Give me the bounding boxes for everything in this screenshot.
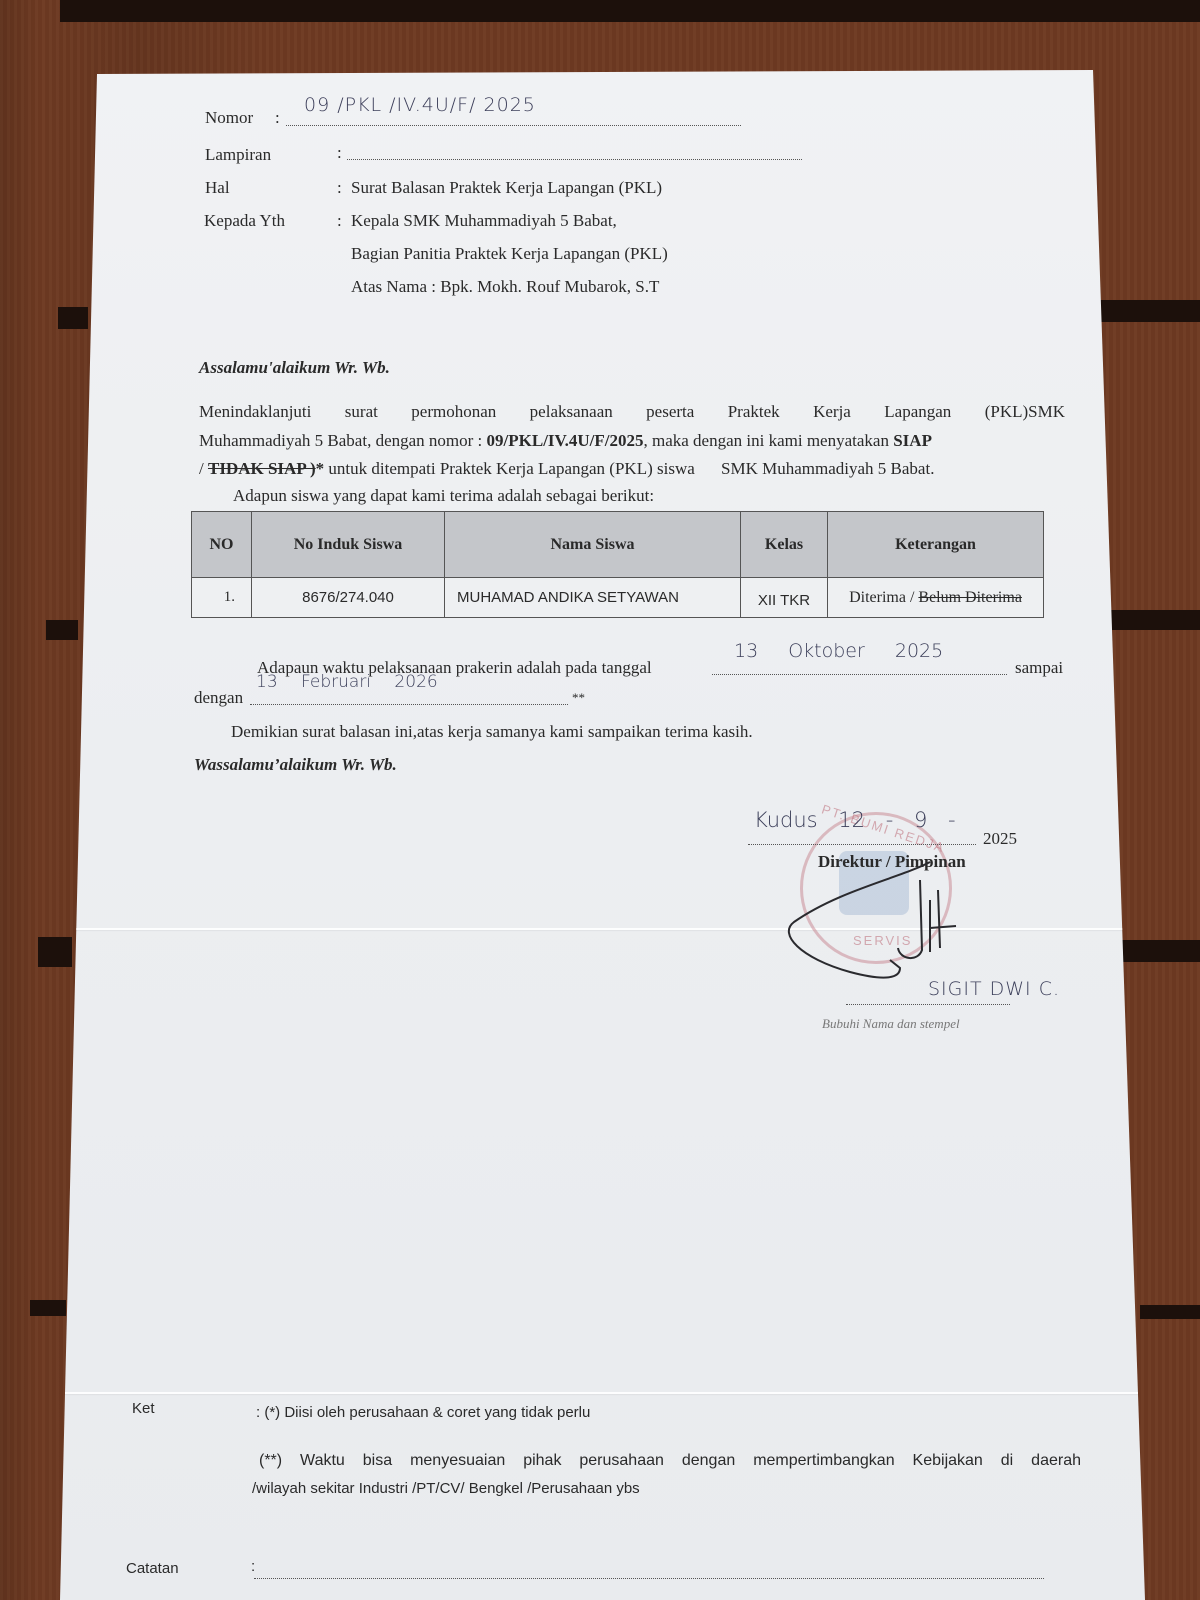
body-line-3-school: SMK Muhammadiyah 5 Babat. bbox=[721, 459, 934, 478]
place-date-field: Kudus 12 - 9 - bbox=[748, 820, 976, 845]
nomor-colon: : bbox=[275, 108, 280, 128]
student-table: NO No Induk Siswa Nama Siswa Kelas Keter… bbox=[191, 511, 1044, 618]
closing-text: Demikian surat balasan ini,atas kerja sa… bbox=[231, 722, 753, 742]
schedule-line-2-suffix: ** bbox=[572, 690, 585, 706]
cell-nama: MUHAMAD ANDIKA SETYAWAN bbox=[445, 578, 741, 618]
handwritten-signature bbox=[780, 850, 980, 990]
body-line-2-text-b: , maka dengan ini kami menyatakan bbox=[643, 431, 888, 450]
ket-note-1: : (*) Diisi oleh perusahaan & coret yang… bbox=[256, 1404, 590, 1421]
nomor-handwritten: 09 /PKL /IV.4U/F/ 2025 bbox=[304, 94, 536, 116]
hal-value: Surat Balasan Praktek Kerja Lapangan (PK… bbox=[351, 178, 662, 198]
asterisk: * bbox=[316, 459, 325, 478]
wood-plank-gap bbox=[58, 307, 88, 329]
schedule-line-2-prefix: dengan bbox=[194, 688, 243, 708]
start-date-handwritten: 13 Oktober 2025 bbox=[734, 640, 943, 662]
paper-fold bbox=[60, 1392, 1140, 1394]
hal-label: Hal bbox=[205, 178, 230, 198]
kepada-label: Kepada Yth bbox=[204, 211, 285, 231]
ket-note-2-line-1: (**) Waktu bisa menyesuaian pihak perusa… bbox=[259, 1452, 1081, 1470]
ket-note-2-text: (**) Waktu bisa menyesuaian pihak perusa… bbox=[259, 1452, 1081, 1469]
catatan-field bbox=[254, 1568, 1044, 1579]
kepada-line-2: Bagian Panitia Praktek Kerja Lapangan (P… bbox=[351, 244, 668, 264]
status-belum-diterima-struck: Belum Diterima bbox=[918, 589, 1022, 606]
wood-plank-gap bbox=[46, 620, 78, 640]
status-diterima: Diterima / bbox=[849, 589, 914, 606]
start-date-field: 13 Oktober 2025 bbox=[712, 650, 1007, 675]
letter-paper: Nomor : 09 /PKL /IV.4U/F/ 2025 Lampiran … bbox=[0, 0, 1200, 1600]
body-para-2: Adapun siswa yang dapat kami terima adal… bbox=[233, 486, 654, 506]
farewell: Wassalamu’alaikum Wr. Wb. bbox=[194, 755, 397, 775]
cell-keterangan: Diterima / Belum Diterima bbox=[828, 578, 1044, 618]
body-line-3: / TIDAK SIAP )* untuk ditempati Praktek … bbox=[199, 459, 934, 479]
signature-year: 2025 bbox=[983, 829, 1017, 849]
cell-no: 1. bbox=[192, 578, 252, 618]
body-line-2: Muhammadiyah 5 Babat, dengan nomor : 09/… bbox=[199, 431, 932, 451]
wood-plank-gap bbox=[1140, 1305, 1200, 1319]
tidak-siap-option-struck: TIDAK SIAP ) bbox=[208, 459, 316, 478]
wood-plank-gap bbox=[30, 1300, 66, 1316]
signer-name-line bbox=[846, 996, 1010, 1005]
wood-plank-gap bbox=[38, 937, 72, 967]
hal-colon: : bbox=[337, 178, 342, 198]
kepada-line-3: Atas Nama : Bpk. Mokh. Rouf Mubarok, S.T bbox=[351, 277, 659, 297]
cell-nis: 8676/274.040 bbox=[252, 578, 445, 618]
kepada-line-1: Kepala SMK Muhammadiyah 5 Babat, bbox=[351, 211, 617, 231]
col-header-nis: No Induk Siswa bbox=[252, 512, 445, 578]
nomor-field: 09 /PKL /IV.4U/F/ 2025 bbox=[286, 100, 741, 126]
ket-label: Ket bbox=[132, 1400, 155, 1417]
place-date-handwritten: Kudus 12 - 9 - bbox=[754, 808, 956, 832]
body-line-3-text: untuk ditempati Praktek Kerja Lapangan (… bbox=[328, 459, 694, 478]
request-number: 09/PKL/IV.4U/F/2025 bbox=[487, 431, 644, 450]
catatan-label: Catatan bbox=[126, 1560, 179, 1577]
body-line-1: Menindaklanjuti surat permohonan pelaksa… bbox=[199, 402, 1065, 422]
wood-plank-gap bbox=[1110, 940, 1200, 962]
col-header-keterangan: Keterangan bbox=[828, 512, 1044, 578]
table-header-row: NO No Induk Siswa Nama Siswa Kelas Keter… bbox=[192, 512, 1044, 578]
body-line-2-text: Muhammadiyah 5 Babat, dengan nomor : bbox=[199, 431, 482, 450]
wood-plank-gap bbox=[1105, 610, 1200, 630]
ket-note-2-line-2: /wilayah sekitar Industri /PT/CV/ Bengke… bbox=[252, 1480, 640, 1497]
siap-option: SIAP bbox=[893, 431, 932, 450]
wood-plank-gap bbox=[60, 0, 1200, 22]
schedule-line-1-suffix: sampai bbox=[1015, 658, 1063, 678]
col-header-kelas: Kelas bbox=[741, 512, 828, 578]
kepada-colon: : bbox=[337, 211, 342, 231]
lampiran-label: Lampiran bbox=[205, 145, 271, 165]
lampiran-field bbox=[347, 143, 802, 160]
table-row: 1. 8676/274.040 MUHAMAD ANDIKA SETYAWAN … bbox=[192, 578, 1044, 618]
body-line-1-text: Menindaklanjuti surat permohonan pelaksa… bbox=[199, 402, 1065, 421]
lampiran-colon: : bbox=[337, 143, 342, 163]
end-date-handwritten: 13 Februari 2026 bbox=[256, 672, 438, 692]
end-date-field: 13 Februari 2026 bbox=[250, 680, 568, 705]
greeting: Assalamu'alaikum Wr. Wb. bbox=[199, 358, 390, 378]
nomor-label: Nomor bbox=[205, 108, 253, 128]
wood-plank-gap bbox=[1095, 300, 1200, 322]
cell-kelas: XII TKR bbox=[741, 578, 828, 618]
col-header-nama: Nama Siswa bbox=[445, 512, 741, 578]
slash: / bbox=[199, 459, 204, 478]
signature-caption: Bubuhi Nama dan stempel bbox=[822, 1016, 960, 1032]
col-header-no: NO bbox=[192, 512, 252, 578]
